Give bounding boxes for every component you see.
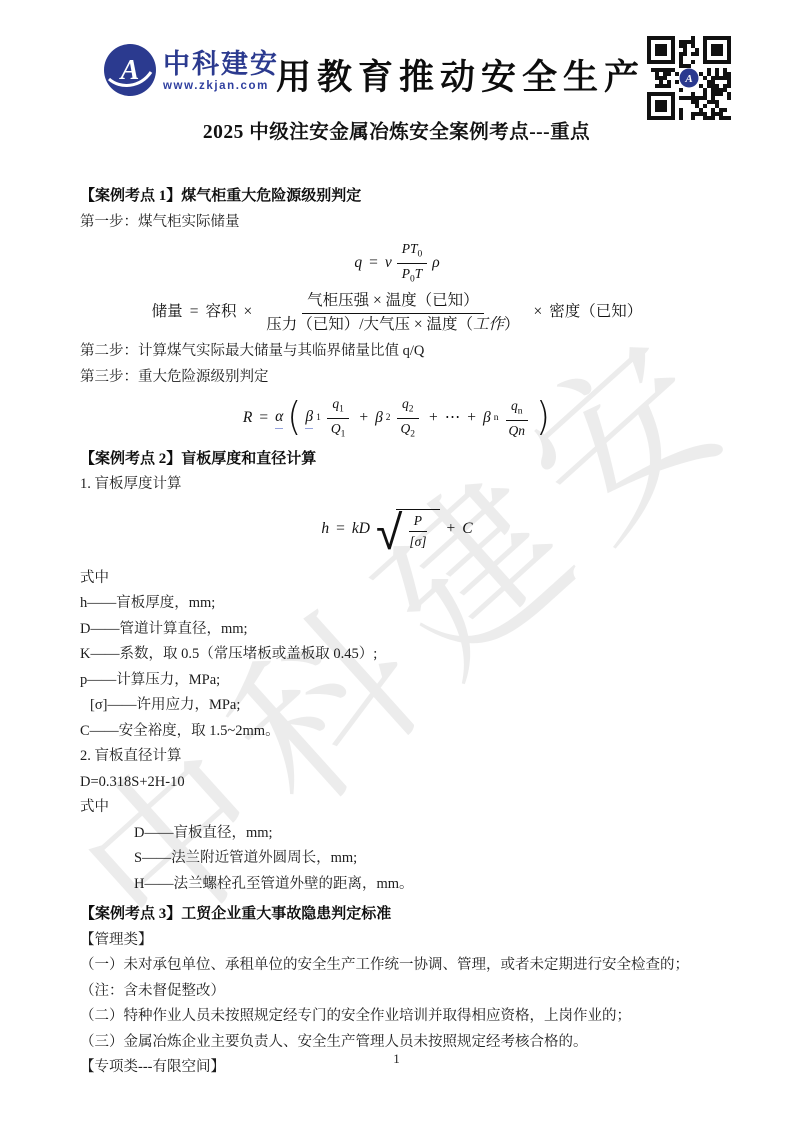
formula-blind-plate-thickness: h = kD √ P [σ] + C: [80, 509, 714, 551]
fraction-numerator: 气柜压强 × 温度（已知）: [302, 291, 484, 314]
math-operator: +: [429, 409, 438, 428]
definition-row: p——计算压力，MPa;: [80, 668, 714, 694]
math-operator: +: [447, 520, 456, 539]
math-operator: =: [259, 409, 268, 428]
fraction: qn Qn: [504, 397, 531, 439]
fraction-numerator: PT0: [397, 240, 428, 264]
math-var: h: [321, 520, 329, 539]
math-ellipsis: ⋯: [445, 409, 461, 428]
radical-sign: √: [376, 512, 402, 554]
math-var-beta1: β: [305, 408, 313, 429]
math-text: 密度（已知）: [549, 303, 642, 322]
math-operator: =: [369, 254, 378, 273]
qr-finder-top-left: [647, 36, 675, 64]
fraction: 气柜压强 × 温度（已知） 压力（已知）/大气压 × 温度（工作）: [261, 291, 524, 334]
definition-row: K——系数，取 0.5（常压堵板或盖板取 0.45）;: [80, 642, 714, 668]
square-root: √ P [σ]: [376, 509, 440, 551]
formula-gas-actual-storage: q = v PT0 P0T ρ: [80, 240, 714, 286]
definition-row: H——法兰螺栓孔至管道外壁的距离，mm。: [134, 872, 714, 898]
brand-url: www.zkjan.com: [163, 80, 279, 92]
page-number: 1: [0, 1051, 793, 1067]
where-label-2: 式中: [80, 795, 714, 821]
fraction: P [σ]: [404, 512, 431, 550]
case3-category-management: 【管理类】: [80, 928, 714, 954]
case3-item: （二）特种作业人员未按照规定经专门的安全作业培训并取得相应资格，上岗作业的；: [80, 1004, 714, 1030]
brand-logo: A 中科建安 www.zkjan.com: [104, 44, 279, 96]
brand-text-block: 中科建安 www.zkjan.com: [163, 49, 279, 92]
qr-logo-monogram: A: [684, 73, 692, 85]
radicand: P [σ]: [396, 509, 439, 550]
case2-sub1: 1. 盲板厚度计算: [80, 472, 714, 498]
diameter-formula: D=0.318S+2H-10: [80, 770, 714, 796]
case3-item: （一）未对承包单位、承租单位的安全生产工作统一协调、管理，或者未定期进行安全检查…: [80, 953, 714, 1004]
math-operator: ×: [243, 303, 252, 322]
definition-row: C——安全裕度，取 1.5~2mm。: [80, 719, 714, 745]
math-var: C: [462, 520, 472, 539]
document-title: 2025 中级注安金属冶炼安全案例考点---重点: [0, 116, 793, 144]
definition-row: D——管道计算直径，mm;: [80, 617, 714, 643]
math-var: v: [385, 254, 392, 273]
brand-name: 中科建安: [163, 49, 279, 79]
definition-row: [σ]——许用应力，MPa;: [90, 693, 714, 719]
qr-code: A: [647, 36, 731, 120]
math-operator: +: [467, 409, 476, 428]
math-var-alpha: α: [275, 408, 283, 429]
math-text: 容积: [205, 303, 236, 322]
formula-storage-definition: 储量 = 容积 × 气柜压强 × 温度（已知） 压力（已知）/大气压 × 温度（…: [80, 291, 714, 334]
logo-monogram: A: [119, 55, 140, 86]
case1-heading: 【案例考点 1】煤气柜重大危险源级别判定: [80, 184, 714, 210]
case1-step3: 第三步：重大危险源级别判定: [80, 365, 714, 391]
qr-center-logo: A: [680, 69, 699, 88]
math-var: R: [243, 409, 252, 428]
case3-heading: 【案例考点 3】工贸企业重大事故隐患判定标准: [80, 902, 714, 928]
math-operator: =: [190, 303, 199, 322]
formula-r-rating: R = α ( β1 q1 Q1 + β2 q2 Q2 + ⋯ + βn qn …: [80, 395, 714, 441]
case2-sub2: 2. 盲板直径计算: [80, 744, 714, 770]
page-header: A 中科建安 www.zkjan.com 用教育推动安全生产 A: [0, 0, 793, 180]
definition-row: h——盲板厚度，mm;: [80, 591, 714, 617]
brand-logo-icon: A: [104, 44, 156, 96]
math-var: kD: [352, 520, 370, 539]
where-label-1: 式中: [80, 566, 714, 592]
math-operator: ×: [534, 303, 543, 322]
document-page: 中科建安 A 中科建安 www.zkjan.com 用教育推动安全生产: [0, 0, 793, 1121]
math-var: ρ: [432, 254, 439, 273]
header-slogan: 用教育推动安全生产: [276, 50, 648, 100]
fraction: q2 Q2: [396, 395, 421, 441]
case2-heading: 【案例考点 2】盲板厚度和直径计算: [80, 447, 714, 473]
math-operator: =: [336, 520, 345, 539]
fraction: q1 Q1: [326, 395, 351, 441]
fraction-denominator: 压力（已知）/大气压 × 温度（工作）: [261, 314, 524, 335]
math-var: q: [354, 254, 362, 273]
document-body: 【案例考点 1】煤气柜重大危险源级别判定 第一步：煤气柜实际储量 q = v P…: [80, 184, 714, 1081]
fraction-denominator: P0T: [397, 264, 428, 286]
fraction: PT0 P0T: [397, 240, 428, 286]
math-var-beta2: β: [375, 409, 383, 428]
math-operator: +: [359, 409, 368, 428]
qr-finder-top-right: [703, 36, 731, 64]
math-var-beta-n: β: [483, 409, 491, 428]
case1-step1: 第一步：煤气柜实际储量: [80, 210, 714, 236]
case1-step2: 第二步：计算煤气实际最大储量与其临界储量比值 q/Q: [80, 339, 714, 365]
definition-row: D——盲板直径，mm;: [134, 821, 714, 847]
definition-row: S——法兰附近管道外圆周长，mm;: [134, 846, 714, 872]
math-text: 储量: [152, 303, 183, 322]
